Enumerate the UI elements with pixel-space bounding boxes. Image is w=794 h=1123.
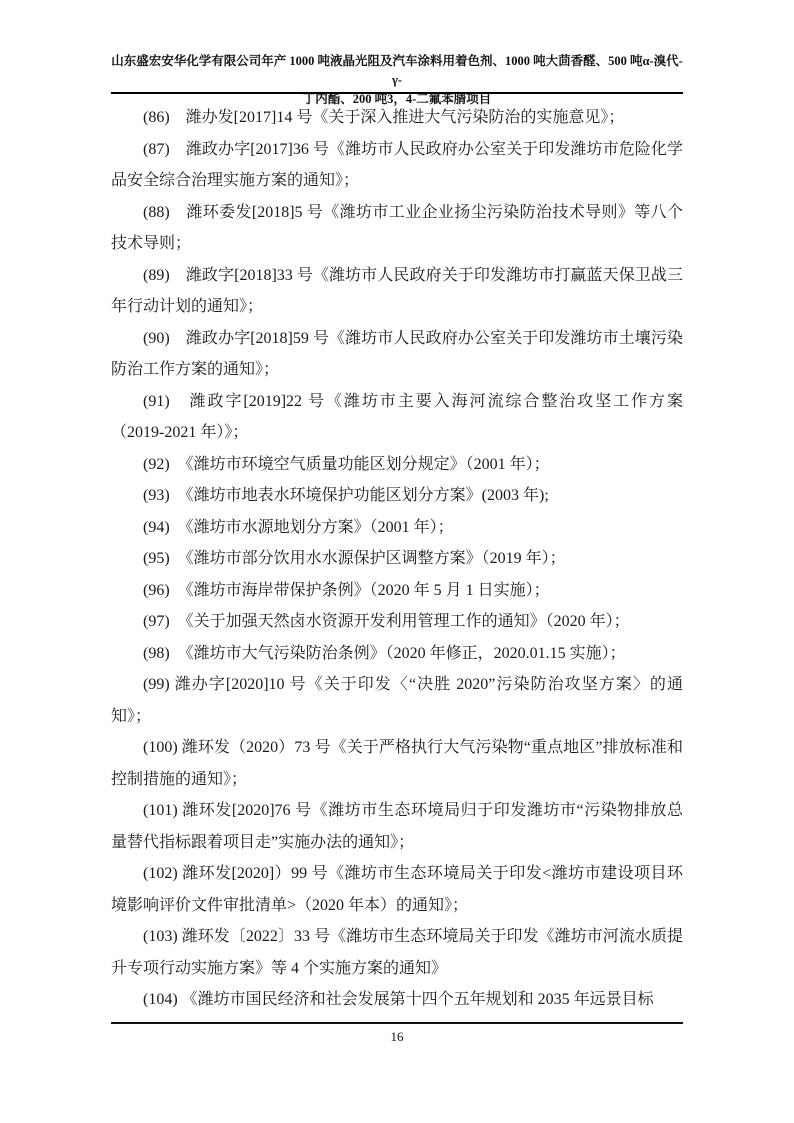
- list-item-91: (91) 潍政字[2019]22 号《潍坊市主要入海河流综合整治攻坚工作方案（2…: [111, 386, 683, 449]
- list-item-103: (103) 潍环发〔2022〕33 号《潍坊市生态环境局关于印发《潍坊市河流水质…: [111, 921, 683, 984]
- list-item-96: (96) 《潍坊市海岸带保护条例》（2020 年 5 月 1 日实施）；: [111, 575, 683, 607]
- list-item-101: (101) 潍环发[2020]76 号《潍坊市生态环境局归于印发潍坊市“污染物排…: [111, 795, 683, 858]
- list-item-90: (90) 潍政办字[2018]59 号《潍坊市人民政府办公室关于印发潍坊市土壤污…: [111, 323, 683, 386]
- list-item-89: (89) 潍政字[2018]33 号《潍坊市人民政府关于印发潍坊市打赢蓝天保卫战…: [111, 260, 683, 323]
- list-item-94: (94) 《潍坊市水源地划分方案》（2001 年）；: [111, 512, 683, 544]
- document-page: 山东盛宏安华化学有限公司年产 1000 吨液晶光阻及汽车涂料用着色剂、1000 …: [0, 0, 794, 1123]
- page-header: 山东盛宏安华化学有限公司年产 1000 吨液晶光阻及汽车涂料用着色剂、1000 …: [111, 52, 683, 109]
- list-item-97: (97) 《关于加强天然卤水资源开发利用管理工作的通知》（2020 年）；: [111, 606, 683, 638]
- list-item-102: (102) 潍环发[2020]）99 号《潍坊市生态环境局关于印发<潍坊市建设项…: [111, 858, 683, 921]
- list-item-95: (95) 《潍坊市部分饮用水水源保护区调整方案》（2019 年）；: [111, 543, 683, 575]
- header-title-line1: 山东盛宏安华化学有限公司年产 1000 吨液晶光阻及汽车涂料用着色剂、1000 …: [111, 52, 683, 90]
- list-item-87: (87) 潍政办字[2017]36 号《潍坊市人民政府办公室关于印发潍坊市危险化…: [111, 134, 683, 197]
- header-divider: [111, 92, 683, 94]
- list-item-88: (88) 潍环委发[2018]5 号《潍坊市工业企业扬尘污染防治技术导则》等八个…: [111, 197, 683, 260]
- list-item-86: (86) 潍办发[2017]14 号《关于深入推进大气污染防治的实施意见》；: [111, 102, 683, 134]
- footer-divider: [111, 1022, 683, 1024]
- list-item-98: (98) 《潍坊市大气污染防治条例》（2020 年修正，2020.01.15 实…: [111, 638, 683, 670]
- page-number: 16: [0, 1029, 794, 1045]
- document-body: (86) 潍办发[2017]14 号《关于深入推进大气污染防治的实施意见》； (…: [111, 102, 683, 1020]
- list-item-92: (92) 《潍坊市环境空气质量功能区划分规定》（2001 年）；: [111, 449, 683, 481]
- list-item-104: (104) 《潍坊市国民经济和社会发展第十四个五年规划和 2035 年远景目标: [111, 984, 683, 1016]
- list-item-99: (99) 潍办字[2020]10 号《关于印发〈“决胜 2020”污染防治攻坚方…: [111, 669, 683, 732]
- list-item-93: (93) 《潍坊市地表水环境保护功能区划分方案》(2003 年);: [111, 480, 683, 512]
- list-item-100: (100) 潍环发（2020）73 号《关于严格执行大气污染物“重点地区”排放标…: [111, 732, 683, 795]
